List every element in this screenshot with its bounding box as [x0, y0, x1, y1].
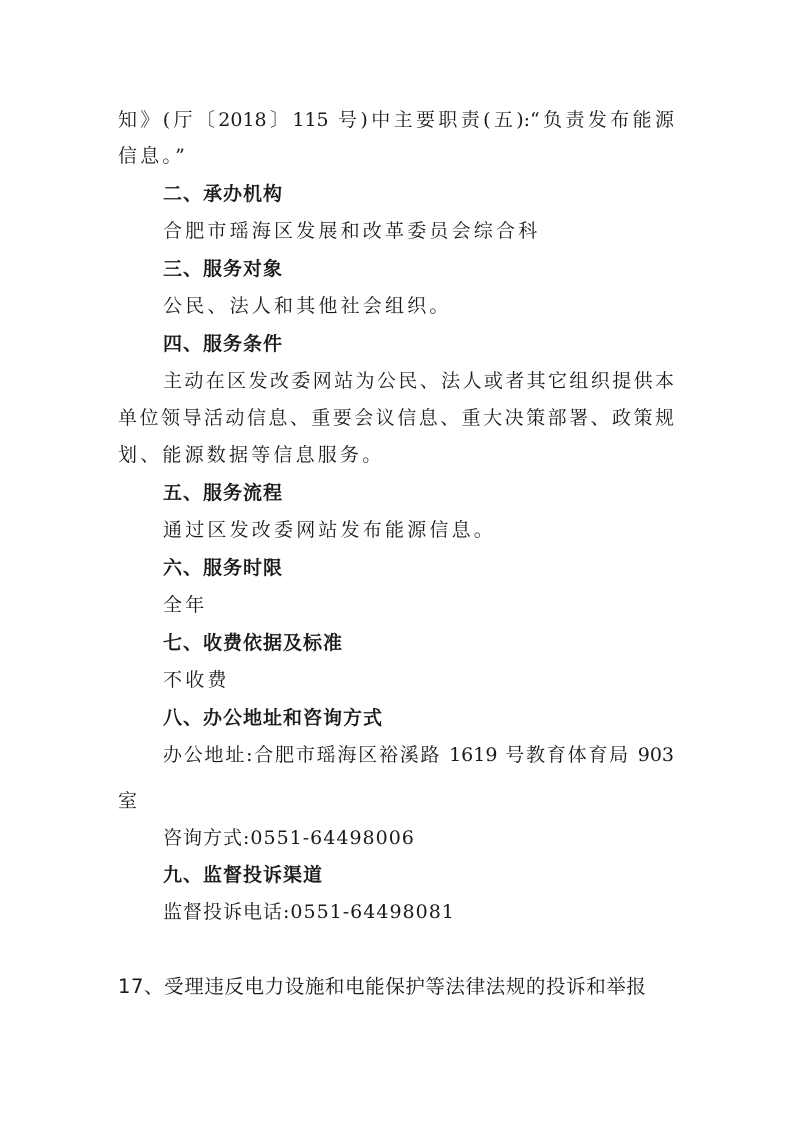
item-title: 17、受理违反电力设施和电能保护等法律法规的投诉和举报	[118, 975, 647, 999]
paragraph-text: 划、能源数据等信息服务。	[118, 443, 384, 467]
section-heading: 九、监督投诉渠道	[163, 863, 323, 887]
paragraph-text: 主动在区发改委网站为公民、法人或者其它组织提供本	[163, 369, 674, 393]
paragraph-text: 通过区发改委网站发布能源信息。	[163, 518, 496, 542]
paragraph-text: 咨询方式:0551-64498006	[163, 826, 415, 850]
paragraph-text: 室	[118, 789, 140, 813]
paragraph-text: 办公地址:合肥市瑶海区裕溪路 1619 号教育体育局 903	[163, 743, 674, 767]
paragraph-text: 公民、法人和其他社会组织。	[163, 294, 452, 318]
paragraph-text: 单位领导活动信息、重要会议信息、重大决策部署、政策规	[118, 406, 674, 430]
section-heading: 七、收费依据及标准	[163, 631, 343, 655]
section-heading: 五、服务流程	[163, 481, 283, 505]
paragraph-text: 监督投诉电话:0551-64498081	[163, 900, 455, 924]
paragraph-text: 全年	[163, 593, 207, 617]
paragraph-text: 合肥市瑶海区发展和改革委员会综合科	[163, 219, 540, 243]
section-heading: 八、办公地址和咨询方式	[163, 706, 383, 730]
paragraph-text: 信息。”	[118, 144, 188, 168]
section-heading: 四、服务条件	[163, 332, 283, 356]
section-heading: 二、承办机构	[163, 182, 283, 206]
paragraph-text: 不收费	[163, 668, 230, 692]
section-heading: 三、服务对象	[163, 257, 283, 281]
section-heading: 六、服务时限	[163, 556, 283, 580]
paragraph-text: 知》(厅〔2018〕115 号)中主要职责(五):“负责发布能源	[118, 108, 674, 132]
